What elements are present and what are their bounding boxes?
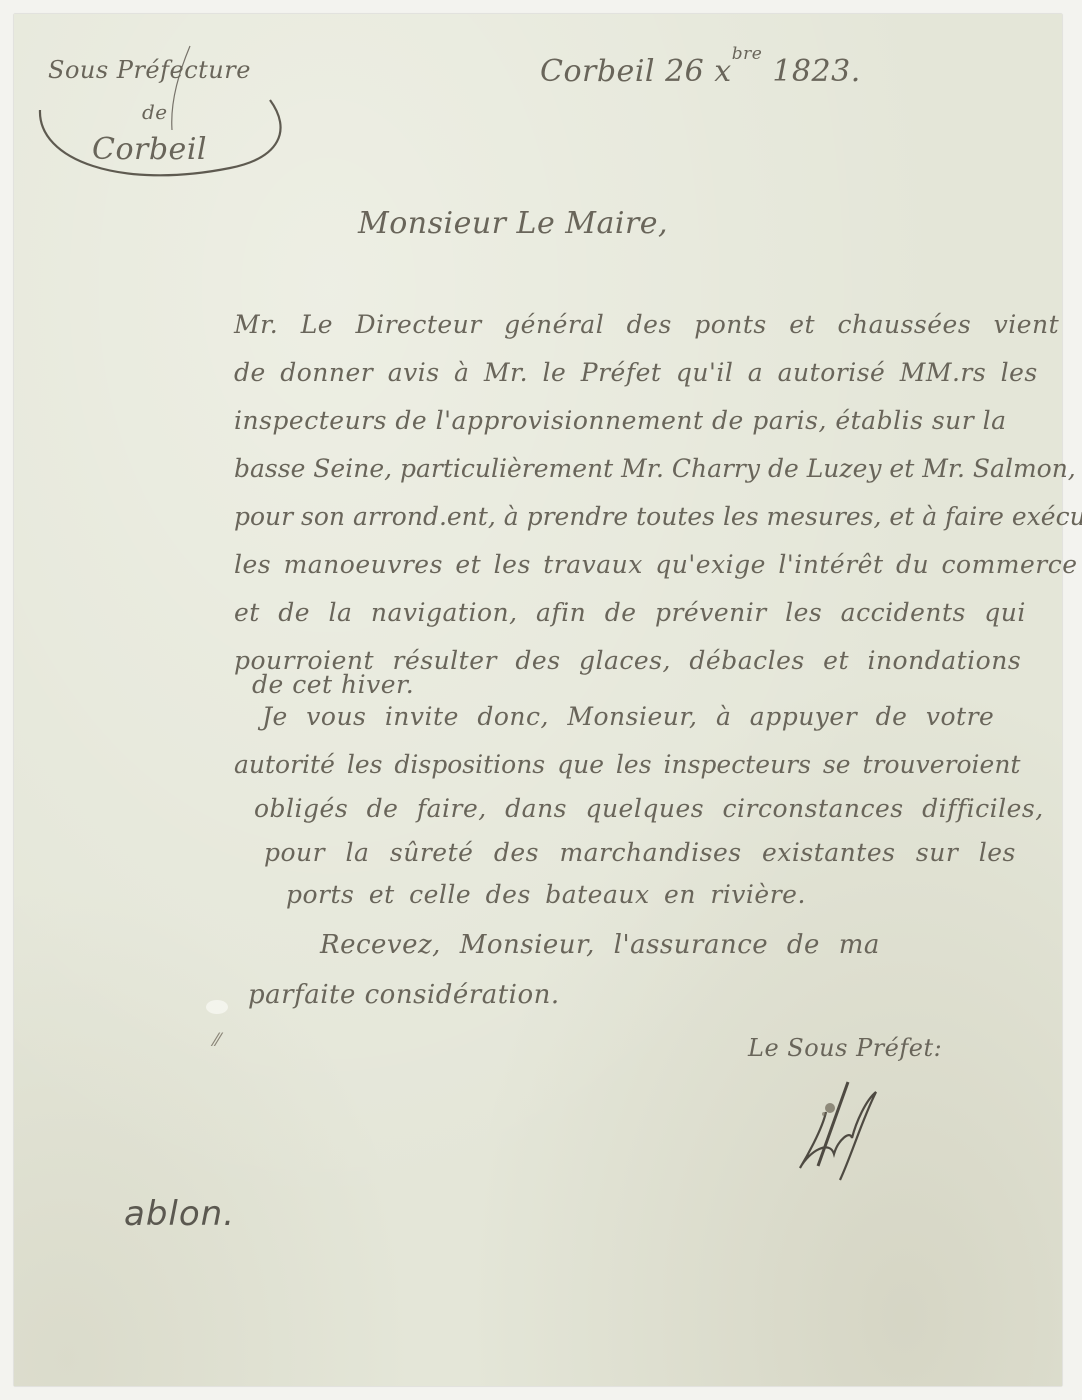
body-line: les manoeuvres et les travaux qu'exige l… [234,552,1078,577]
salutation: Monsieur Le Maire, [358,206,668,241]
date-month: x [714,54,731,89]
letterhead-line-2: de [142,100,168,124]
body-line: inspecteurs de l'approvisionnement de pa… [234,408,1007,433]
signature-title: Le Sous Préfet: [748,1034,942,1062]
body-line: Mr. Le Directeur général des ponts et ch… [234,312,1059,337]
body-line: basse Seine, particulièrement Mr. Charry… [234,456,1076,481]
body-line: de cet hiver. [252,672,414,697]
signature-flourish-icon [790,1070,910,1190]
date-day: 26 [665,54,704,89]
dateline: Corbeil 26 xbre 1823. [540,44,861,89]
body-line: pour la sûreté des marchandises existant… [264,840,1016,865]
body-line: autorité les dispositions que les inspec… [234,752,1020,777]
date-month-superscript: bre [732,44,763,64]
body-line: et de la navigation, afin de prévenir le… [234,600,1026,625]
body-line: de donner avis à Mr. le Préfet qu'il a a… [234,360,1038,385]
date-year: 1823. [772,54,860,89]
addressee: ablon. [124,1194,235,1234]
body-line: Je vous invite donc, Monsieur, à appuyer… [262,704,994,729]
body-line: ports et celle des bateaux en rivière. [286,882,806,907]
body-line: obligés de faire, dans quelques circonst… [254,796,1044,821]
margin-mark: ⁄⁄ [214,1030,220,1051]
date-place: Corbeil [540,54,655,89]
body-line: pour son arrond.ent, à prendre toutes le… [234,504,1082,529]
letterhead-line-1: Sous Préfecture [48,56,251,84]
letterhead: Sous Préfecture de Corbeil [30,40,280,200]
closing-line-1: Recevez, Monsieur, l'assurance de ma [320,930,880,960]
closing-line-2: parfaite considération. [248,980,560,1010]
letterhead-line-3: Corbeil [92,132,207,167]
paper-blemish [206,1000,228,1014]
